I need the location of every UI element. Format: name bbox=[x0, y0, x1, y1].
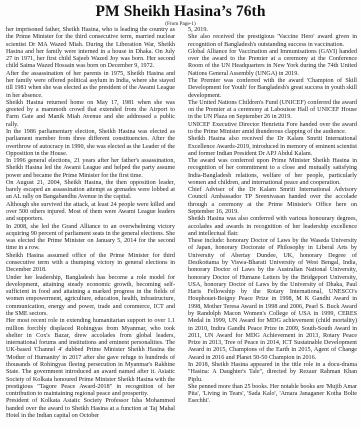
paragraph: Global Alliance for Vaccination and Immu… bbox=[188, 49, 357, 78]
paragraph: Sheikh Hasina also received the Dr Kalam… bbox=[188, 136, 357, 158]
paragraph: In the 1986 parliamentary election, Shei… bbox=[6, 129, 175, 158]
paragraph: President of Kolkata Asiatic Society Pro… bbox=[6, 398, 175, 420]
paragraph: UNICEF Executive Director Henrietta Fore… bbox=[188, 122, 357, 137]
paragraph: Sheikh Hasina was also conferred with va… bbox=[188, 216, 357, 238]
paragraph: Although she survived the attack, at lea… bbox=[6, 202, 175, 224]
paragraph: She penned more than 25 books. Her notab… bbox=[188, 384, 357, 406]
paragraph: Sheikh Hasina returned home on May 17, 1… bbox=[6, 100, 175, 129]
paragraph: Her most recent role in extending humani… bbox=[6, 318, 175, 398]
newspaper-clipping: PM Sheikh Hasina’s 76th (From Page-1) he… bbox=[0, 0, 361, 427]
paragraph: Chief Adviser of the Dr Kalam Smriti Int… bbox=[188, 187, 357, 216]
paragraph: She also received the prestigious 'Vacci… bbox=[188, 34, 357, 49]
headline: PM Sheikh Hasina’s 76th bbox=[0, 0, 361, 20]
paragraph: Sheikh Hasina assumed office of the Prim… bbox=[6, 253, 175, 275]
paragraph: her imprisoned father, Sheikh Hasina, wh… bbox=[6, 27, 175, 71]
paragraph: These include: honorary Doctor of Laws b… bbox=[188, 238, 357, 362]
paragraph: On August 21, 2004, Sheikh Hasina, the t… bbox=[6, 180, 175, 202]
paragraph: The Premier was conferred with the award… bbox=[188, 78, 357, 100]
paragraph: The United Nations Children's Fund (UNIC… bbox=[188, 100, 357, 122]
paragraph: Under her leadership, Bangladesh has bec… bbox=[6, 275, 175, 319]
paragraph: In 2018, Sheikh Hasina appeared in the t… bbox=[188, 362, 357, 384]
paragraph: After the assassination of her parents i… bbox=[6, 71, 175, 100]
paragraph: In 2008, she led the Grand Alliance to a… bbox=[6, 224, 175, 253]
paragraph: In 1996 general elections, 21 years afte… bbox=[6, 158, 175, 180]
right-column: 5, 2019. She also received the prestigio… bbox=[188, 27, 357, 420]
paragraph: The award was conferred upon Prime Minis… bbox=[188, 158, 357, 187]
paragraph: 5, 2019. bbox=[188, 27, 357, 34]
article-body: her imprisoned father, Sheikh Hasina, wh… bbox=[6, 27, 357, 420]
left-column: her imprisoned father, Sheikh Hasina, wh… bbox=[6, 27, 175, 420]
